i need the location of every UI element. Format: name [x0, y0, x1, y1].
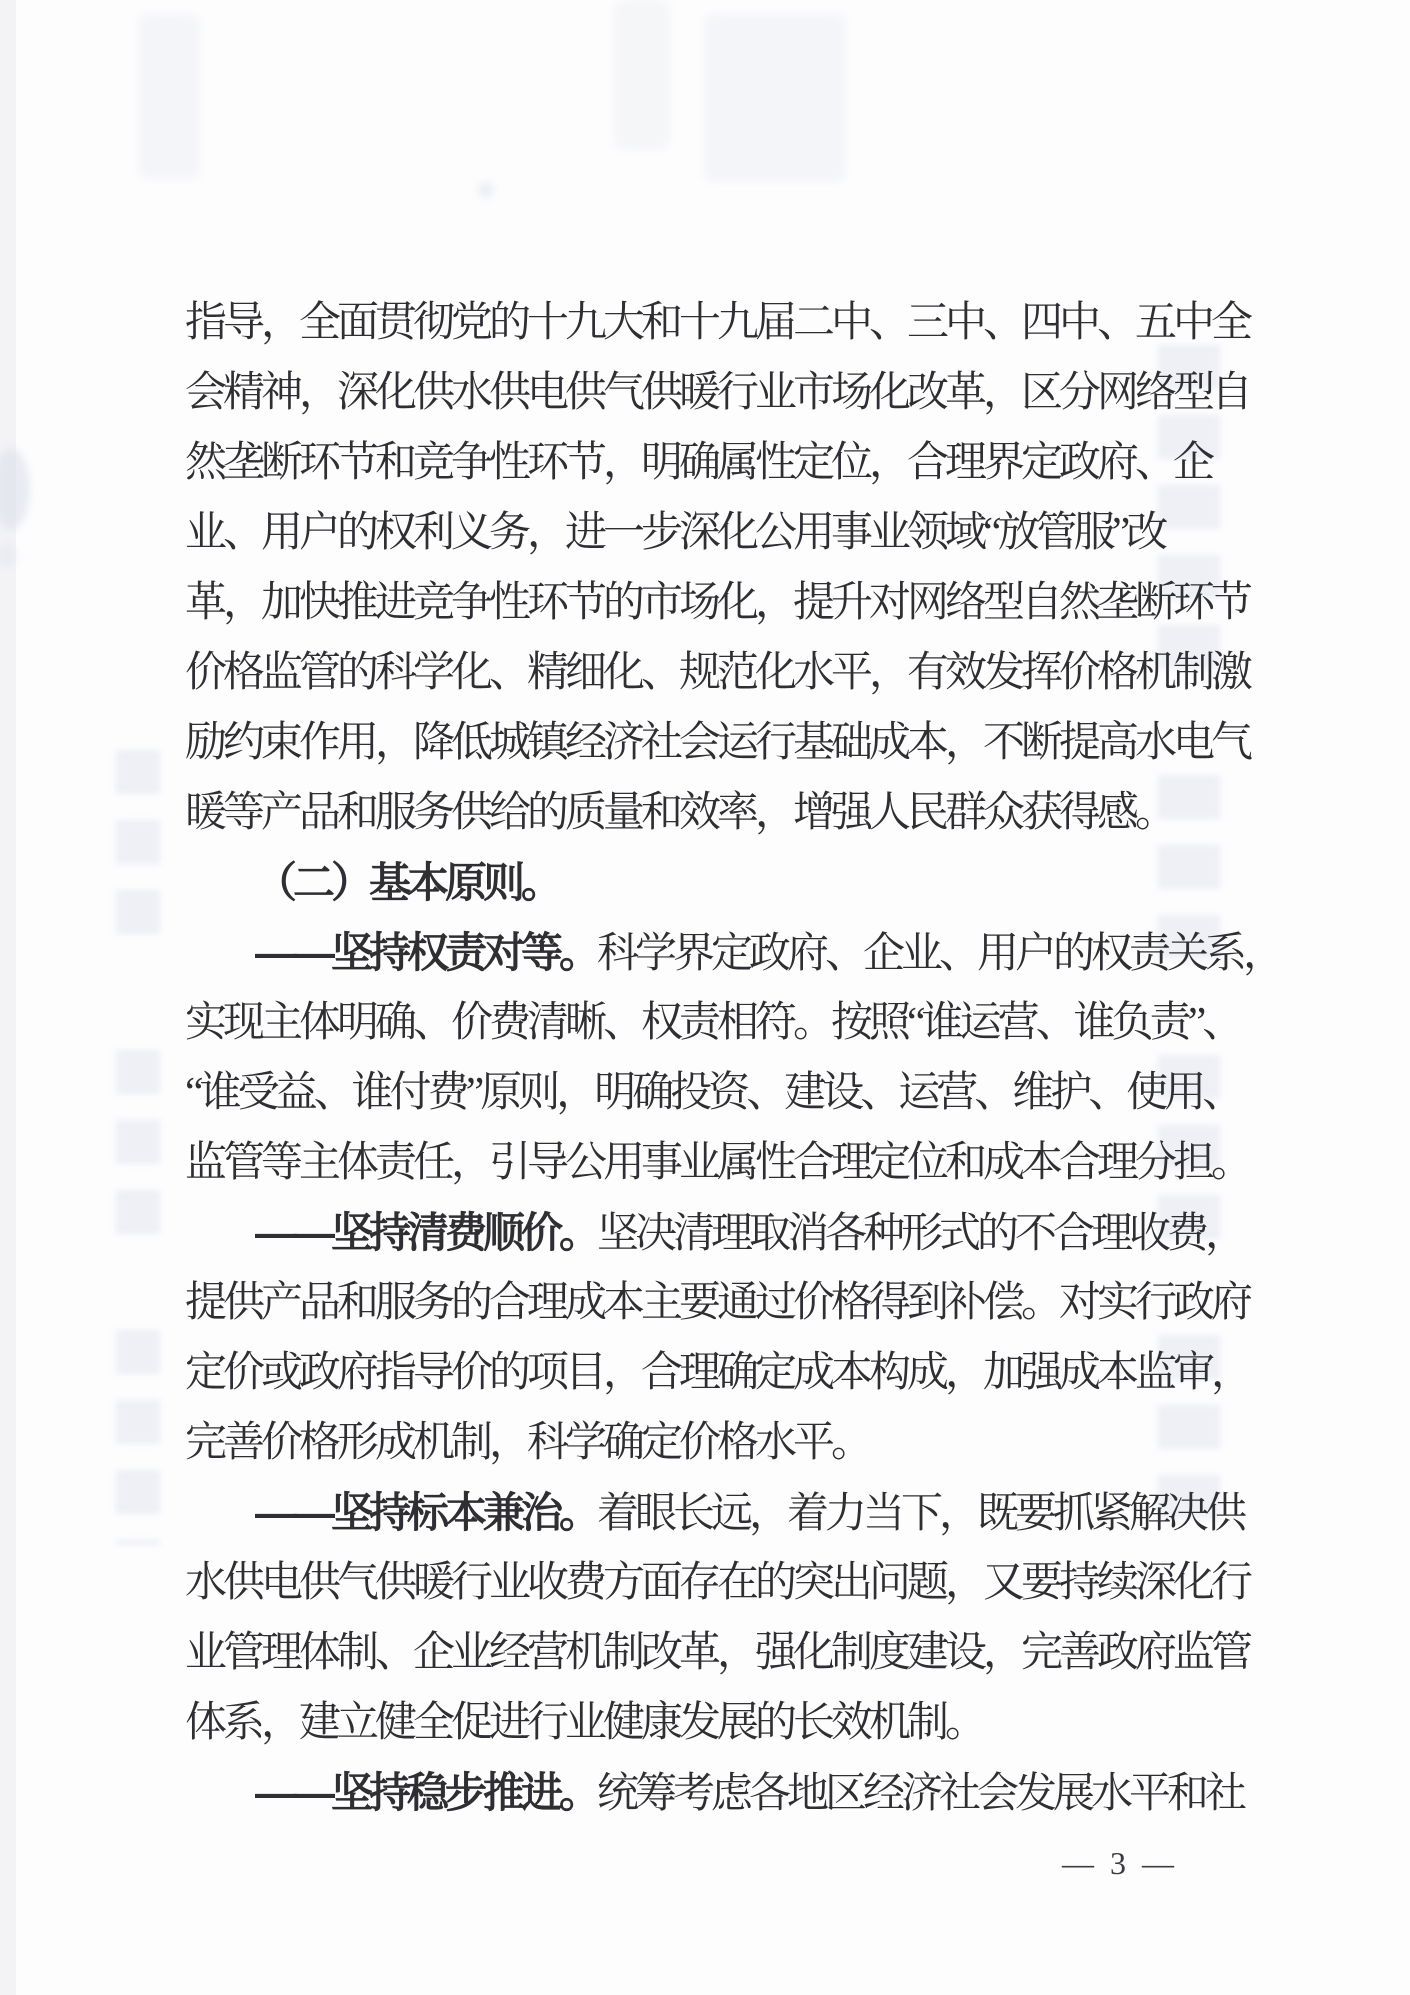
text-line: 完善价格形成机制，科学确定价格水平。	[185, 1408, 1410, 1478]
bleed-through-mark	[478, 182, 494, 198]
text-line: 业、用户的权利义务，进一步深化公用事业领域“放管服”改	[185, 498, 1410, 568]
paragraph-principle-responsibility: ——坚持权责对等。科学界定政府、企业、用户的权责关系， 实现主体明确、价费清晰、…	[0, 918, 1410, 1198]
principle-lead: ——坚持清费顺价。	[255, 1209, 597, 1256]
text-line: 体系，建立健全促进行业健康发展的长效机制。	[185, 1688, 1410, 1758]
text-line: 革，加快推进竞争性环节的市场化，提升对网络型自然垄断环节	[185, 568, 1410, 638]
principle-text: 坚决清理取消各种形式的不合理收费，	[597, 1211, 1243, 1257]
bleed-through-mark	[138, 14, 200, 179]
principle-lead: ——坚持稳步推进。	[255, 1769, 597, 1816]
text-line: 会精神，深化供水供电供气供暖行业市场化改革，区分网络型自	[185, 358, 1410, 428]
text-line: 水供电供气供暖行业收费方面存在的突出问题，又要持续深化行	[185, 1548, 1410, 1618]
principle-lead: ——坚持标本兼治。	[255, 1489, 597, 1536]
principle-text: 着眼长远，着力当下，既要抓紧解决供	[597, 1491, 1243, 1537]
text-line: 价格监管的科学化、精细化、规范化水平，有效发挥价格机制激	[185, 638, 1410, 708]
text-line: ——坚持稳步推进。统筹考虑各地区经济社会发展水平和社	[255, 1758, 1410, 1828]
text-line: 然垄断环节和竞争性环节，明确属性定位，合理界定政府、企	[185, 428, 1410, 498]
text-line: 提供产品和服务的合理成本主要通过价格得到补偿。对实行政府	[185, 1268, 1410, 1338]
text-line: 指导，全面贯彻党的十九大和十九届二中、三中、四中、五中全	[185, 288, 1410, 358]
text-line: “谁受益、谁付费”原则，明确投资、建设、运营、维护、使用、	[185, 1058, 1410, 1128]
bleed-through-mark	[704, 14, 846, 182]
text-line: ——坚持权责对等。科学界定政府、企业、用户的权责关系，	[255, 918, 1410, 988]
text-line: 监管等主体责任，引导公用事业属性合理定位和成本合理分担。	[185, 1128, 1410, 1198]
text-line: 实现主体明确、价费清晰、权责相符。按照“谁运营、谁负责”、	[185, 988, 1410, 1058]
text-line: 业管理体制、企业经营机制改革，强化制度建设，完善政府监管	[185, 1618, 1410, 1688]
text-line: ——坚持标本兼治。着眼长远，着力当下，既要抓紧解决供	[255, 1478, 1410, 1548]
text-line: ——坚持清费顺价。坚决清理取消各种形式的不合理收费，	[255, 1198, 1410, 1268]
bleed-through-mark	[614, 0, 670, 150]
paragraph-principle-root-treatment: ——坚持标本兼治。着眼长远，着力当下，既要抓紧解决供 水供电供气供暖行业收费方面…	[0, 1478, 1410, 1758]
paragraph-principle-steady-progress: ——坚持稳步推进。统筹考虑各地区经济社会发展水平和社	[0, 1758, 1410, 1828]
section-heading-basic-principles: （二）基本原则。	[255, 848, 1410, 918]
page-number: — 3 —	[1020, 1838, 1220, 1888]
paragraph-guiding-ideology: 指导，全面贯彻党的十九大和十九届二中、三中、四中、五中全 会精神，深化供水供电供…	[0, 288, 1410, 848]
principle-lead: ——坚持权责对等。	[255, 929, 597, 976]
text-line: 定价或政府指导价的项目，合理确定成本构成，加强成本监审，	[185, 1338, 1410, 1408]
text-line: 暖等产品和服务供给的质量和效率，增强人民群众获得感。	[185, 778, 1410, 848]
document-text-block: 指导，全面贯彻党的十九大和十九届二中、三中、四中、五中全 会精神，深化供水供电供…	[0, 288, 1410, 1828]
principle-text: 统筹考虑各地区经济社会发展水平和社	[597, 1771, 1243, 1817]
paragraph-principle-fees-pricing: ——坚持清费顺价。坚决清理取消各种形式的不合理收费， 提供产品和服务的合理成本主…	[0, 1198, 1410, 1478]
scanned-document-page: 指导，全面贯彻党的十九大和十九届二中、三中、四中、五中全 会精神，深化供水供电供…	[0, 0, 1410, 1995]
principle-text: 科学界定政府、企业、用户的权责关系，	[597, 931, 1281, 977]
text-line: 励约束作用，降低城镇经济社会运行基础成本，不断提高水电气	[185, 708, 1410, 778]
